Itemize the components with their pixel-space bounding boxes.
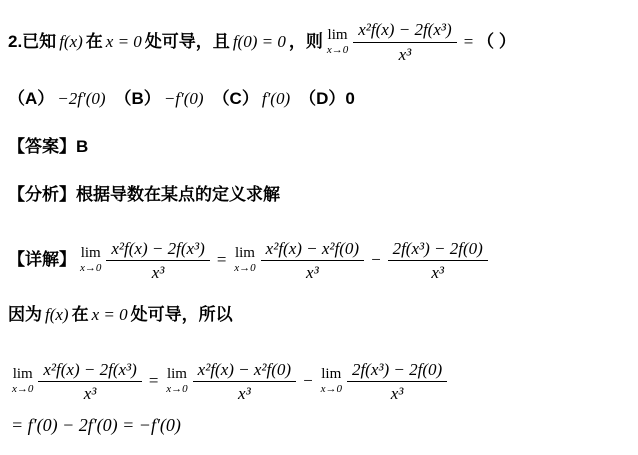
fraction-denominator: x³ bbox=[152, 261, 165, 283]
answer-blank-parens: （ ） bbox=[477, 31, 516, 53]
solution-equation-row: 【详解】 lim x→0 x²f(x) − 2f(x³) x³ = lim x→… bbox=[8, 230, 630, 290]
limit-operator: lim x→0 bbox=[166, 367, 187, 395]
answer-value: B bbox=[76, 136, 88, 158]
because-text-so: 处可导，所以 bbox=[131, 304, 233, 326]
final-result: = f′(0) − 2f′(0) = −f′(0) bbox=[8, 414, 184, 437]
math-x-equals-0: x = 0 bbox=[89, 304, 131, 326]
fraction-original: x²f(x) − 2f(x³) x³ bbox=[106, 238, 209, 284]
limit-op-text: lim bbox=[167, 367, 187, 382]
fraction-split-second: 2f(x³) − 2f(0) x³ bbox=[347, 359, 447, 405]
limit-subscript: x→0 bbox=[234, 263, 255, 274]
answer-label: 【答案】 bbox=[8, 136, 76, 158]
limit-operator: lim x→0 bbox=[321, 367, 342, 395]
option-a-label: （A） bbox=[8, 88, 54, 110]
fraction-denominator: x³ bbox=[431, 261, 444, 283]
fraction-split-first: x²f(x) − x²f(0) x³ bbox=[261, 238, 364, 284]
problem-text-at: 在 bbox=[86, 31, 103, 53]
because-row: 因为 f(x) 在 x = 0 处可导，所以 bbox=[8, 304, 630, 326]
limit-subscript: x→0 bbox=[321, 384, 342, 395]
fraction-numerator: 2f(x³) − 2f(0) bbox=[347, 359, 447, 382]
option-b-value: −f′(0) bbox=[161, 88, 207, 110]
fraction-denominator: x³ bbox=[84, 382, 97, 404]
limit-op-text: lim bbox=[321, 367, 341, 382]
problem-text-differentiable: 处可导，且 bbox=[145, 31, 230, 53]
option-a: （A） −2f′(0) bbox=[8, 88, 109, 110]
fraction-original: x²f(x) − 2f(x³) x³ bbox=[353, 19, 456, 65]
fraction-numerator: x²f(x) − 2f(x³) bbox=[106, 238, 209, 261]
fraction-split-second: 2f(x³) − 2f(0) x³ bbox=[388, 238, 488, 284]
option-d-label: （D） bbox=[299, 88, 345, 110]
because-text-at: 在 bbox=[72, 304, 89, 326]
problem-text-then: ，则 bbox=[289, 31, 323, 53]
fraction-numerator: x²f(x) − x²f(0) bbox=[193, 359, 296, 382]
fraction-original: x²f(x) − 2f(x³) x³ bbox=[38, 359, 141, 405]
limit-subscript: x→0 bbox=[166, 384, 187, 395]
analysis-label: 【分析】 bbox=[8, 184, 76, 206]
limit-op-text: lim bbox=[328, 28, 348, 43]
math-fx: f(x) bbox=[42, 304, 72, 326]
option-a-value: −2f′(0) bbox=[54, 88, 108, 110]
equals-sign: = bbox=[213, 249, 230, 271]
math-solution-document: 2.已知 f(x) 在 x = 0 处可导，且 f(0) = 0 ，则 lim … bbox=[0, 0, 638, 438]
options-row: （A） −2f′(0) （B） −f′(0) （C） f′(0) （D） 0 bbox=[8, 88, 630, 110]
analysis-text: 根据导数在某点的定义求解 bbox=[76, 184, 280, 206]
fraction-numerator: x²f(x) − 2f(x³) bbox=[353, 19, 456, 42]
equals-sign: = bbox=[460, 31, 477, 53]
minus-sign: − bbox=[299, 370, 316, 392]
math-fx: f(x) bbox=[56, 31, 86, 53]
limit-subscript: x→0 bbox=[327, 45, 348, 56]
option-d: （D） 0 bbox=[299, 88, 355, 110]
analysis-row: 【分析】 根据导数在某点的定义求解 bbox=[8, 184, 630, 206]
fraction-denominator: x³ bbox=[238, 382, 251, 404]
option-c-value: f′(0) bbox=[259, 88, 293, 110]
option-d-value: 0 bbox=[345, 88, 354, 110]
fraction-denominator: x³ bbox=[306, 261, 319, 283]
limit-subscript: x→0 bbox=[80, 263, 101, 274]
fraction-denominator: x³ bbox=[391, 382, 404, 404]
fraction-numerator: x²f(x) − 2f(x³) bbox=[38, 359, 141, 382]
fraction-numerator: 2f(x³) − 2f(0) bbox=[388, 238, 488, 261]
fraction-split-first: x²f(x) − x²f(0) x³ bbox=[193, 359, 296, 405]
math-x-equals-0: x = 0 bbox=[103, 31, 145, 53]
limit-operator: lim x→0 bbox=[80, 246, 101, 274]
final-result-row: = f′(0) − 2f′(0) = −f′(0) bbox=[8, 414, 630, 437]
option-b-label: （B） bbox=[115, 88, 161, 110]
fraction-denominator: x³ bbox=[399, 43, 412, 65]
limit-op-text: lim bbox=[13, 367, 33, 382]
problem-statement: 2.已知 f(x) 在 x = 0 处可导，且 f(0) = 0 ，则 lim … bbox=[8, 12, 630, 72]
option-c: （C） f′(0) bbox=[213, 88, 294, 110]
math-f0-equals-0: f(0) = 0 bbox=[230, 31, 289, 53]
minus-sign: − bbox=[367, 249, 384, 271]
limit-op-text: lim bbox=[81, 246, 101, 261]
limit-op-text: lim bbox=[235, 246, 255, 261]
option-c-label: （C） bbox=[213, 88, 259, 110]
option-b: （B） −f′(0) bbox=[115, 88, 207, 110]
limit-equation-row: lim x→0 x²f(x) − 2f(x³) x³ = lim x→0 x²f… bbox=[8, 352, 630, 410]
limit-subscript: x→0 bbox=[12, 384, 33, 395]
fraction-numerator: x²f(x) − x²f(0) bbox=[261, 238, 364, 261]
limit-operator: lim x→0 bbox=[12, 367, 33, 395]
answer-row: 【答案】 B bbox=[8, 136, 630, 158]
limit-operator: lim x→0 bbox=[234, 246, 255, 274]
equals-sign: = bbox=[145, 370, 162, 392]
solution-label: 【详解】 bbox=[8, 249, 76, 271]
limit-operator: lim x→0 bbox=[327, 28, 348, 56]
problem-number-and-lead: 2.已知 bbox=[8, 31, 56, 53]
because-text: 因为 bbox=[8, 304, 42, 326]
